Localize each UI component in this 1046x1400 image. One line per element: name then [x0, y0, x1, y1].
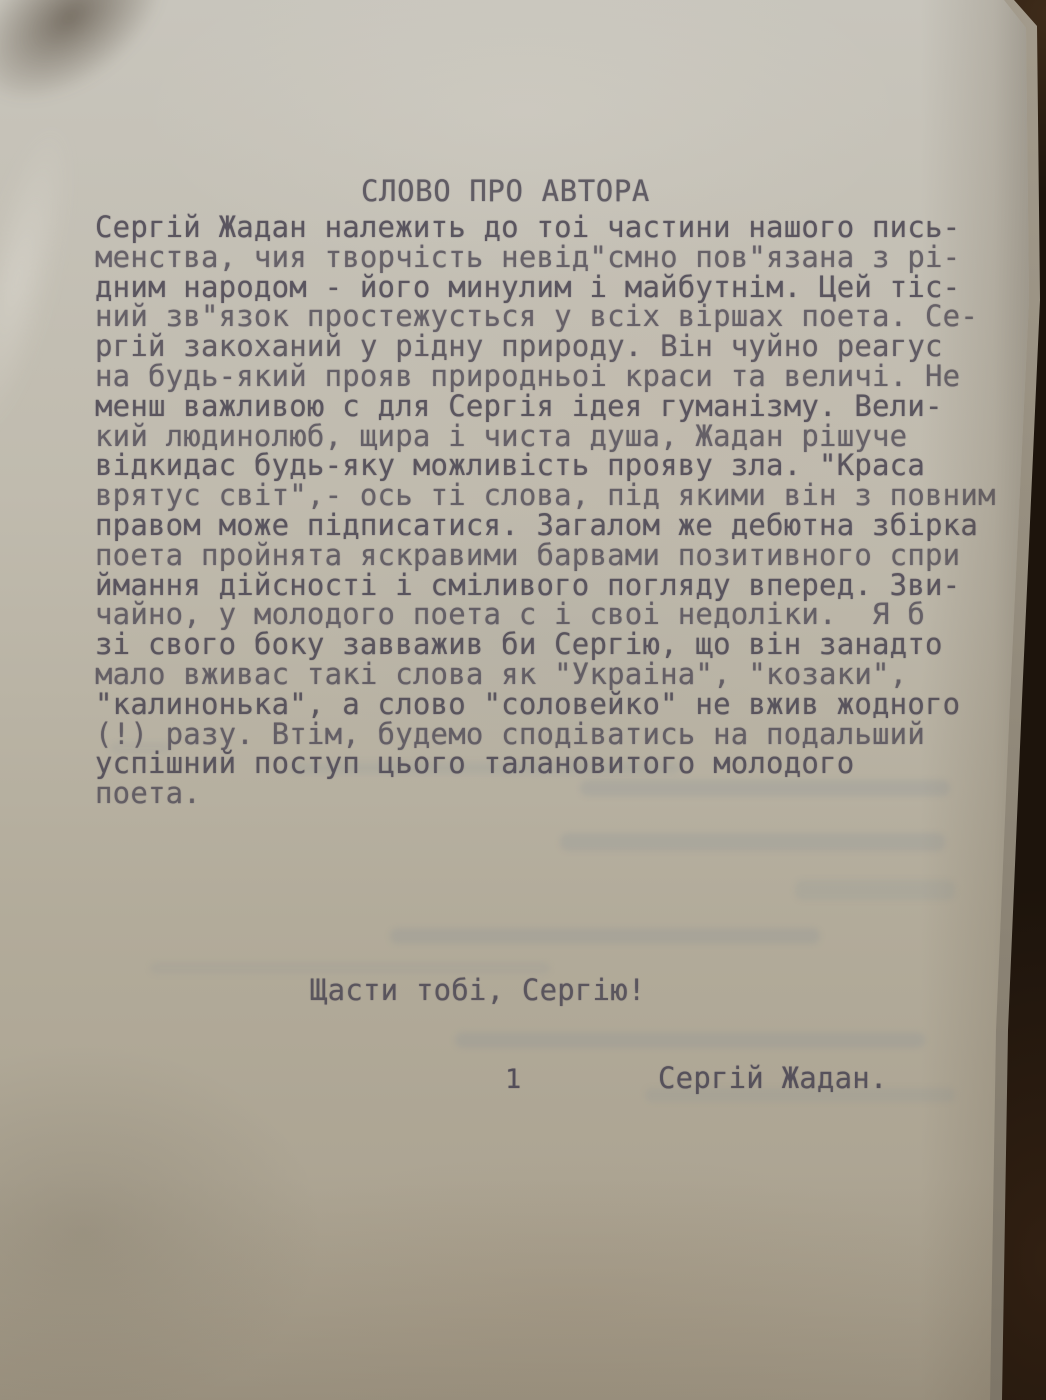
signature: Сергій Жадан.: [658, 1064, 888, 1094]
bleedthrough-smudge: [390, 928, 820, 944]
paper-crease: [0, 116, 90, 443]
typed-line: мало вживас такі слова як "Украіна", "ко…: [95, 660, 1007, 690]
typed-line: (!) разу. Втім, будемо сподіватись на по…: [95, 720, 1007, 750]
typed-line: ймання дійсності і сміливого погляду впе…: [95, 571, 1007, 601]
page-text: СЛОВО ПРО АВТОРА Сергій Жадан належить д…: [95, 176, 1007, 809]
closing-line: Щасти тобі, Сергію!: [310, 976, 646, 1006]
typewritten-page: СЛОВО ПРО АВТОРА Сергій Жадан належить д…: [0, 0, 1046, 1400]
typed-line: врятус світ",- ось ті слова, під якими в…: [95, 481, 1007, 511]
typed-line: "калинонька", а слово "соловейко" не вжи…: [95, 690, 1007, 720]
typed-line: чайно, у молодого поета с і своі недолік…: [95, 600, 1007, 630]
typed-line: поета.: [95, 779, 1007, 809]
page-title: СЛОВО ПРО АВТОРА: [361, 176, 1007, 206]
typed-line: поета пройнята яскравими барвами позитив…: [95, 541, 1007, 571]
typed-line: ргій закоханий у рідну природу. Він чуйн…: [95, 332, 1007, 362]
page-number: 1: [505, 1064, 521, 1095]
typed-line: на будь-який прояв природньоі краси та в…: [95, 362, 1007, 392]
photo-frame: СЛОВО ПРО АВТОРА Сергій Жадан належить д…: [0, 0, 1046, 1400]
typed-line: менства, чия творчість невід"смно пов"яз…: [95, 243, 1007, 273]
typed-line: дним народом - його минулим і майбутнім.…: [95, 273, 1007, 303]
typed-line: менш важливою с для Сергія ідея гуманізм…: [95, 392, 1007, 422]
typed-line: відкидас будь-яку можливість прояву зла.…: [95, 451, 1007, 481]
typed-line: зі свого боку завважив би Сергію, що він…: [95, 630, 1007, 660]
body-text: Сергій Жадан належить до тоі частини наш…: [95, 213, 1007, 809]
typed-line: кий людинолюб, щира і чиста душа, Жадан …: [95, 422, 1007, 452]
bleedthrough-smudge: [455, 1032, 925, 1048]
typed-line: Сергій Жадан належить до тоі частини наш…: [95, 213, 1007, 243]
typed-line: успішний поступ цього талановитого молод…: [95, 749, 1007, 779]
typed-line: правом може підписатися. Загалом же дебю…: [95, 511, 1007, 541]
corner-shadow: [0, 0, 197, 136]
bleedthrough-smudge: [795, 880, 955, 900]
typed-line: ний зв"язок простежусться у всіх віршах …: [95, 302, 1007, 332]
bleedthrough-smudge: [560, 833, 945, 851]
